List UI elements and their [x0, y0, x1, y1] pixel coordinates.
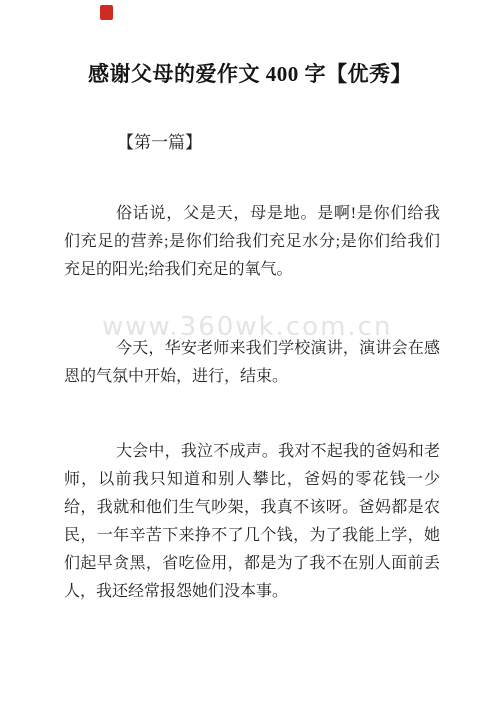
essay-paragraph: 俗话说，父是天，母是地。是啊!是你们给我们充足的营养;是你们给我们充足水分;是你…	[64, 200, 440, 284]
red-bookmark-icon	[100, 5, 113, 20]
document-page: 感谢父母的爱作文 400 字【优秀】 【第一篇】 www.360wk.com.c…	[0, 0, 500, 708]
essay-title: 感谢父母的爱作文 400 字【优秀】	[0, 58, 500, 88]
essay-paragraph: 大会中，我泣不成声。我对不起我的爸妈和老师，以前我只知道和别人攀比，爸妈的零花钱…	[64, 438, 440, 606]
section-heading: 【第一篇】	[117, 128, 202, 153]
essay-paragraph: 今天，华安老师来我们学校演讲，演讲会在感恩的气氛中开始，进行，结束。	[64, 335, 440, 391]
